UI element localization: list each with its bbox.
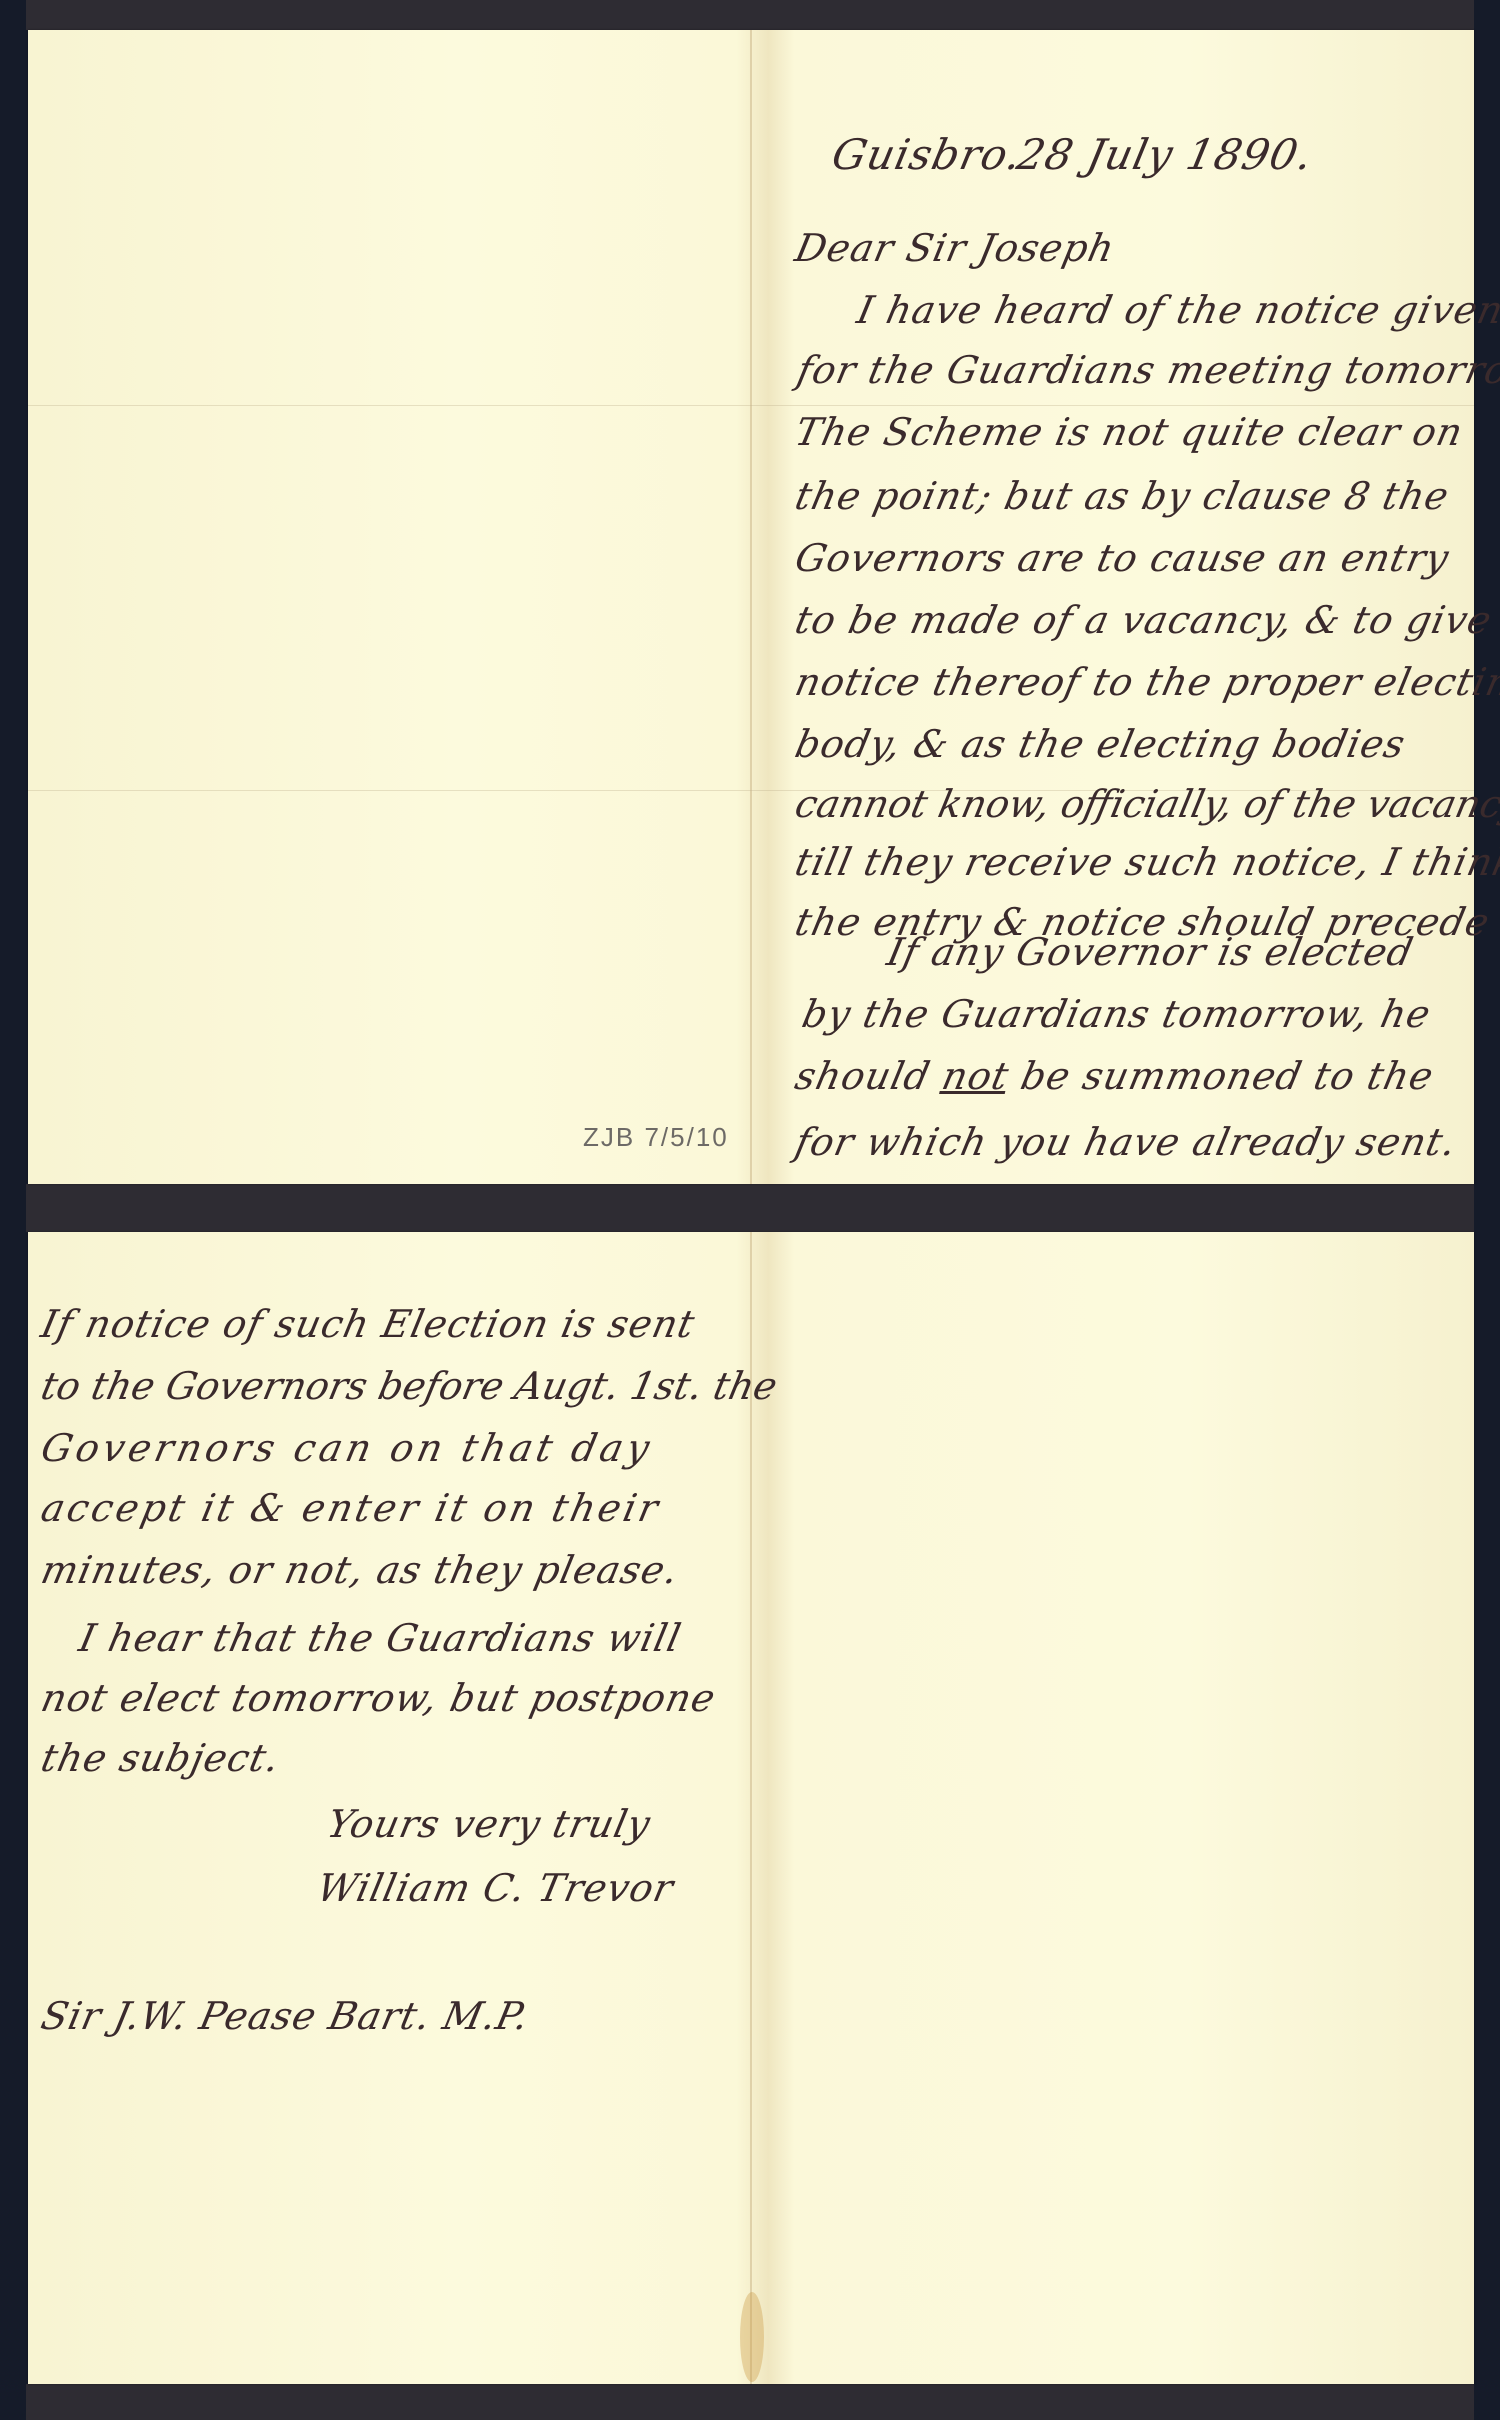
body-word: be summoned to the: [1017, 1054, 1438, 1098]
body-line: body, & as the electing bodies: [791, 722, 1409, 766]
middle-separator: [26, 1184, 1474, 1232]
body-line: notice thereof to the proper electing: [791, 660, 1500, 704]
center-fold: [750, 30, 752, 1184]
body-line: I hear that the Guardians will: [75, 1616, 685, 1660]
top-border: [26, 0, 1474, 30]
bottom-border: [26, 2384, 1474, 2420]
horizontal-crease: [28, 405, 1474, 406]
body-line: minutes, or not, as they please.: [37, 1548, 683, 1592]
body-line: should not be summoned to the: [791, 1054, 1438, 1098]
body-line: cannot know, officially, of the vacancy: [791, 782, 1500, 826]
body-line: I have heard of the notice given: [853, 288, 1500, 332]
letter-date: 28 July 1890.: [1013, 130, 1318, 179]
addressee: Sir J.W. Pease Bart. M.P.: [37, 1994, 533, 2038]
body-line: for which you have already sent.: [791, 1120, 1460, 1164]
closing: Yours very truly: [323, 1802, 654, 1846]
body-line: not elect tomorrow, but postpone: [37, 1676, 720, 1720]
body-line: for the Guardians meeting tomorrow: [793, 348, 1500, 392]
foxing-stain: [740, 2292, 764, 2382]
body-line: If notice of such Election is sent: [37, 1302, 699, 1346]
salutation: Dear Sir Joseph: [791, 226, 1119, 270]
letter-sheet-2: If notice of such Election is sent to th…: [28, 1232, 1474, 2384]
body-line: Governors are to cause an entry: [791, 536, 1453, 580]
signature: William C. Trevor: [313, 1866, 678, 1910]
body-line: the point; but as by clause 8 the: [791, 474, 1453, 518]
archive-reference: ZJB 7/5/10: [583, 1122, 729, 1153]
body-word: should: [791, 1054, 934, 1098]
body-line: to be made of a vacancy, & to give: [791, 598, 1496, 642]
body-line: If any Governor is elected: [883, 930, 1417, 974]
body-line: by the Guardians tomorrow, he: [798, 992, 1435, 1036]
body-line: to the Governors before Augt. 1st. the: [37, 1364, 781, 1408]
body-line: The Scheme is not quite clear on: [791, 410, 1467, 454]
letter-sheet-1: ZJB 7/5/10 Guisbro. 28 July 1890. Dear S…: [28, 30, 1474, 1184]
letter-place: Guisbro.: [828, 130, 1027, 179]
body-line: Governors can on that day: [37, 1426, 657, 1470]
underlined-word: not: [938, 1054, 1013, 1098]
body-line: the subject.: [37, 1736, 284, 1780]
body-line: accept it & enter it on their: [37, 1486, 665, 1530]
